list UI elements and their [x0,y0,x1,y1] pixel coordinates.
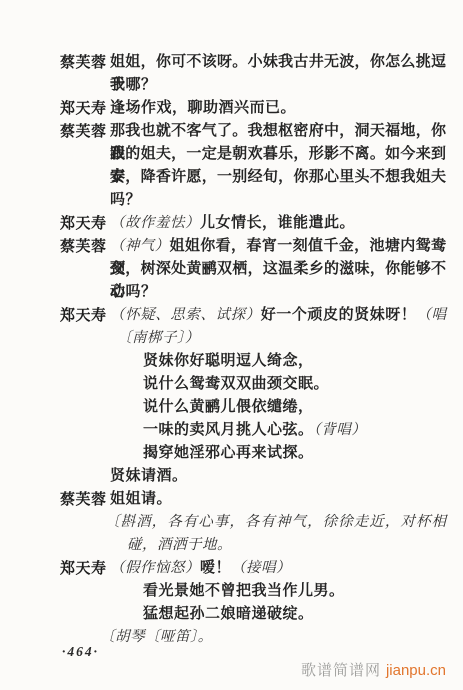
lyric-line: 说什么黄鹂儿偎依缱绻， [143,396,314,419]
dialogue-text: 安，降香许愿，一别经旬，你那心里头不想我姐夫 [110,166,446,189]
script-line: 说什么黄鹂儿偎依缱绻， [0,396,463,419]
text-segment: 安，降香许愿，一别经旬，你那心里头不想我姐夫 [110,169,446,185]
text-segment: 逢场作戏，聊助酒兴而已。 [110,100,296,116]
script-line: 吗？ [0,189,463,212]
script-line: 看光景她不曾把我当作儿男。 [0,580,463,603]
script-line: 说什么鸳鸯双双曲颈交眠。 [0,373,463,396]
lyric-line: 揭穿她淫邪心再来试探。 [143,442,314,465]
script-page: 蔡芙蓉姐姐，你可不该呀。小妹我古井无波，你怎么挑逗于我哪？郑天寿逢场作戏，聊助酒… [0,0,463,690]
dialogue-text: 姐姐，你可不该呀。小妹我古井无波，你怎么挑逗于 [110,51,446,97]
script-line: 郑天寿逢场作戏，聊助酒兴而已。 [0,97,463,120]
speaker-name: 蔡芙蓉 [60,488,106,511]
script-line: 颈，树深处黄鹂双栖，这温柔乡的滋味，你能够不动 [0,258,463,281]
kai-annotation: （接唱） [231,560,291,576]
watermark: 歌谱简谱网jianpu.cn [301,659,446,680]
kai-annotation: （背唱） [314,422,367,438]
lyric-line: 贤妹你好聪明逗人绮念， [143,350,314,373]
script-line: 郑天寿（怀疑、思索、试探）好一个顽皮的贤妹呀！（唱 [0,304,463,327]
kai-annotation: （神气） [110,238,170,254]
script-line: 我的姐夫，一定是朝欢暮乐，形影不离。如今来到泰 [0,143,463,166]
dialogue-text: 姐姐请。 [110,488,172,511]
script-line: 郑天寿（故作羞怯）儿女情长，谁能遣此。 [0,212,463,235]
script-line: 安，降香许愿，一别经旬，你那心里头不想我姐夫 [0,166,463,189]
text-segment: 颈，树深处黄鹂双栖，这温柔乡的滋味，你能够不动 [110,261,446,300]
stage-direction: 〔南梆子〕） [117,327,200,350]
lyric-line: 看光景她不曾把我当作儿男。 [143,580,345,603]
dialogue-text: （假作恼怒）嗳！（接唱） [110,557,291,580]
script-line: 猛想起孙二娘暗递破绽。 [0,603,463,626]
text-segment: 我哪？ [110,77,157,93]
watermark-site-url: jianpu.cn [386,662,446,679]
dialogue-text: （怀疑、思索、试探）好一个顽皮的贤妹呀！（唱 [110,304,446,327]
text-segment: 看光景她不曾把我当作儿男。 [143,583,345,599]
text-segment: 姐姐请。 [110,491,172,507]
dialogue-text: 吗？ [110,189,141,212]
text-segment: 揭穿她淫邪心再来试探。 [143,445,314,461]
script-line: 蔡芙蓉姐姐，你可不该呀。小妹我古井无波，你怎么挑逗于 [0,51,463,74]
text-segment: 一味的卖风月挑人心弦。 [143,422,314,438]
kai-annotation: 〔斟酒，各有心事，各有神气，徐徐走近，对杯相 [105,514,446,530]
speaker-name: 郑天寿 [60,304,106,327]
kai-annotation: 碰，酒洒于地。 [127,537,232,553]
script-line: 贤妹请酒。 [0,465,463,488]
text-segment: 贤妹你好聪明逗人绮念， [143,353,314,369]
speaker-name: 蔡芙蓉 [60,120,106,143]
script-line: 贤妹你好聪明逗人绮念， [0,350,463,373]
stage-direction: 碰，酒洒于地。 [127,534,232,557]
kai-annotation: （怀疑、思索、试探） [110,307,261,323]
text-segment: 贤妹请酒。 [110,468,188,484]
page-number: ·464· [62,644,99,660]
stage-direction: 〔胡琴〔哑笛〕。 [100,626,213,649]
lyric-line: 猛想起孙二娘暗递破绽。 [143,603,314,626]
dialogue-text: 我哪？ [110,74,157,97]
kai-annotation: （故作羞怯） [110,215,200,231]
speaker-name: 郑天寿 [60,212,106,235]
script-line: 蔡芙蓉（神气）姐姐你看，春宵一刻值千金，池塘内鸳鸯交 [0,235,463,258]
script-line: 〔斟酒，各有心事，各有神气，徐徐走近，对杯相 [0,511,463,534]
script-line: 一味的卖风月挑人心弦。（背唱） [0,419,463,442]
lyric-line: 一味的卖风月挑人心弦。（背唱） [143,419,366,442]
script-lines: 蔡芙蓉姐姐，你可不该呀。小妹我古井无波，你怎么挑逗于我哪？郑天寿逢场作戏，聊助酒… [0,51,463,649]
text-segment: 好一个顽皮的贤妹呀！ [261,307,417,323]
kai-annotation: 〔南梆子〕） [117,330,200,346]
text-segment: 说什么黄鹂儿偎依缱绻， [143,399,314,415]
dialogue-text: 颈，树深处黄鹂双栖，这温柔乡的滋味，你能够不动 [110,258,446,304]
dialogue-text: （故作羞怯）儿女情长，谁能遣此。 [110,212,355,235]
dialogue-text: 逢场作戏，聊助酒兴而已。 [110,97,296,120]
script-line: 〔南梆子〕） [0,327,463,350]
speaker-name: 蔡芙蓉 [60,235,106,258]
kai-annotation: 〔胡琴〔哑笛〕。 [100,629,213,645]
dialogue-text: 贤妹请酒。 [110,465,188,488]
text-segment: 姐姐，你可不该呀。小妹我古井无波，你怎么挑逗于 [110,54,446,93]
stage-direction: 〔斟酒，各有心事，各有神气，徐徐走近，对杯相 [105,511,446,534]
text-segment: 吗？ [110,192,141,208]
script-line: 碰，酒洒于地。 [0,534,463,557]
speaker-name: 郑天寿 [60,557,106,580]
speaker-name: 蔡芙蓉 [60,51,106,74]
speaker-name: 郑天寿 [60,97,106,120]
kai-annotation: （假作恼怒） [110,560,200,576]
text-segment: 儿女情长，谁能遣此。 [200,215,355,231]
text-segment: 嗳！ [200,560,231,576]
dialogue-text: 心吗？ [110,281,157,304]
lyric-line: 说什么鸳鸯双双曲颈交眠。 [143,373,329,396]
text-segment: 心吗？ [110,284,157,300]
script-line: 郑天寿（假作恼怒）嗳！（接唱） [0,557,463,580]
watermark-site-name: 歌谱简谱网 [301,662,381,679]
script-line: 蔡芙蓉姐姐请。 [0,488,463,511]
text-segment: 说什么鸳鸯双双曲颈交眠。 [143,376,329,392]
text-segment: 猛想起孙二娘暗递破绽。 [143,606,314,622]
kai-annotation: （唱 [416,307,446,323]
script-line: 蔡芙蓉那我也就不客气了。我想枢密府中，洞天福地，你跟 [0,120,463,143]
script-line: 揭穿她淫邪心再来试探。 [0,442,463,465]
